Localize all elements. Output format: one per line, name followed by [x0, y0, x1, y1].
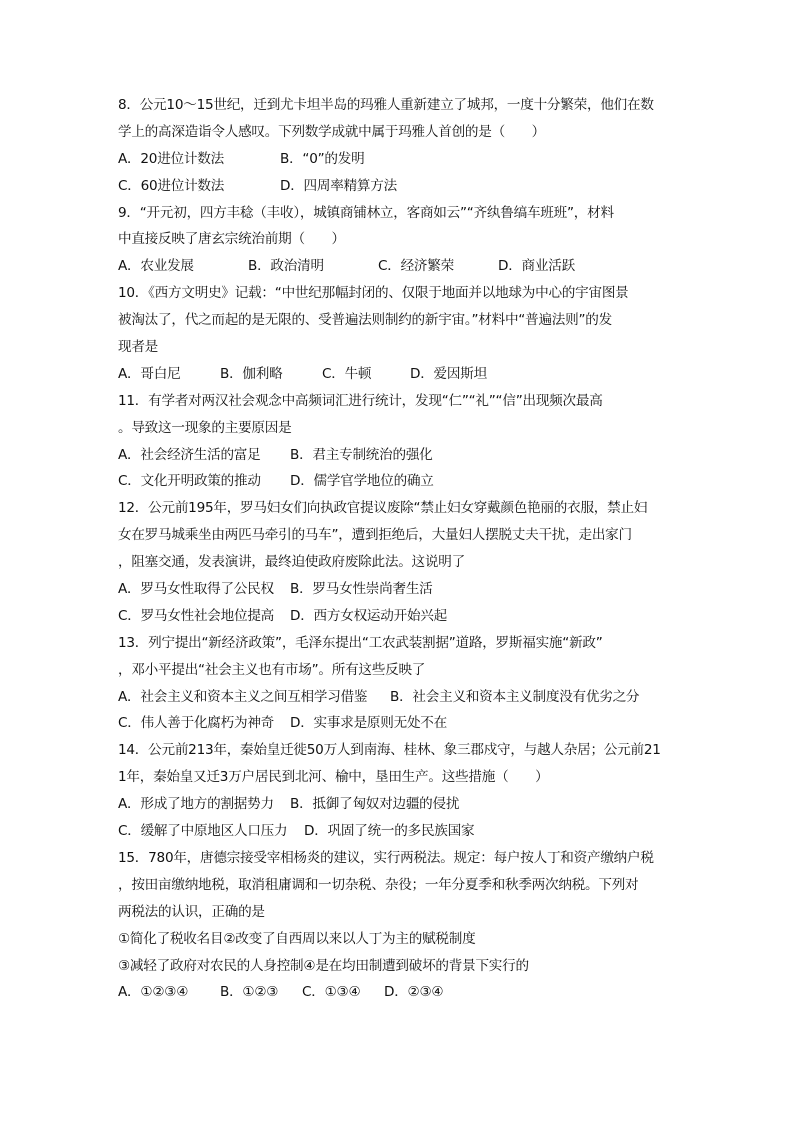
option-b: B．社会主义和资本主义制度没有优劣之分: [390, 684, 639, 711]
question-text-line: 8．公元10～15世纪，迁到尤卡坦半岛的玛雅人重新建立了城邦，一度十分繁荣，他们…: [118, 92, 678, 119]
option-d: D．实事求是原则无处不在: [290, 710, 447, 737]
question-text-line: 中直接反映了唐玄宗统治前期（ ）: [118, 226, 678, 253]
question-list: 8．公元10～15世纪，迁到尤卡坦半岛的玛雅人重新建立了城邦，一度十分繁荣，他们…: [118, 92, 678, 1006]
option-a: A．社会经济生活的富足: [118, 442, 268, 469]
statement-line: ①简化了税收名目②改变了自西周以来以人丁为主的赋税制度: [118, 926, 678, 953]
question-text-line: 13．列宁提出“新经济政策”，毛泽东提出“工农武装割据”道路，罗斯福实施“新政”: [118, 630, 678, 657]
option-row: C．60进位计数法 D．四周率精算方法: [118, 173, 678, 200]
option-a: A．哥白尼: [118, 361, 198, 388]
option-row: A．农业发展 B．政治清明 C．经济繁荣 D．商业活跃: [118, 253, 678, 280]
option-row: A．20进位计数法 B．“0”的发明: [118, 146, 678, 173]
option-row: A．社会经济生活的富足 B．君主专制统治的强化: [118, 442, 678, 469]
option-c: C．伟人善于化腐朽为神奇: [118, 710, 268, 737]
option-c: C．缓解了中原地区人口压力: [118, 818, 282, 845]
question-text-line: 女在罗马城乘坐由两匹马牵引的马车”，遭到拒绝后，大量妇人摆脱丈夫干扰，走出家门: [118, 522, 678, 549]
option-a: A．20进位计数法: [118, 146, 258, 173]
question-13: 13．列宁提出“新经济政策”，毛泽东提出“工农武装割据”道路，罗斯福实施“新政”…: [118, 630, 678, 738]
option-d: D．商业活跃: [498, 253, 575, 280]
question-text-line: 。导致这一现象的主要原因是: [118, 415, 678, 442]
question-11: 11．有学者对两汉社会观念中高频词汇进行统计，发现“仁”“礼”“信”出现频次最高…: [118, 388, 678, 496]
option-b: B．君主专制统治的强化: [290, 442, 433, 469]
question-text-line: ，邓小平提出“社会主义也有市场”。所有这些反映了: [118, 657, 678, 684]
option-c: C．①③④: [302, 979, 362, 1006]
question-text-line: 被淘汰了，代之而起的是无限的、受普遍法则制约的新宇宙。”材料中“普遍法则”的发: [118, 307, 678, 334]
option-d: D．儒学官学地位的确立: [290, 468, 434, 495]
option-d: D．巩固了统一的多民族国家: [304, 818, 474, 845]
document-page: 8．公元10～15世纪，迁到尤卡坦半岛的玛雅人重新建立了城邦，一度十分繁荣，他们…: [0, 0, 794, 1123]
option-a: A．农业发展: [118, 253, 226, 280]
option-b: B．“0”的发明: [280, 146, 364, 173]
question-text-line: 学上的高深造诣令人感叹。下列数学成就中属于玛雅人首创的是（ ）: [118, 119, 678, 146]
option-row: A．①②③④ B．①②③ C．①③④ D．②③④: [118, 979, 678, 1006]
question-12: 12．公元前195年，罗马妇女们向执政官提议废除“禁止妇女穿戴颜色艳丽的衣服，禁…: [118, 495, 678, 629]
option-row: C．文化开明政策的推动 D．儒学官学地位的确立: [118, 468, 678, 495]
option-b: B．①②③: [220, 979, 280, 1006]
option-a: A．形成了地方的割据势力: [118, 791, 268, 818]
option-a: A．社会主义和资本主义之间互相学习借鉴: [118, 684, 368, 711]
statement-line: ③减轻了政府对农民的人身控制④是在均田制遭到破坏的背景下实行的: [118, 953, 678, 980]
option-c: C．文化开明政策的推动: [118, 468, 268, 495]
question-8: 8．公元10～15世纪，迁到尤卡坦半岛的玛雅人重新建立了城邦，一度十分繁荣，他们…: [118, 92, 678, 200]
question-9: 9．“开元初，四方丰稔（丰收），城镇商铺林立，客商如云”“齐纨鲁缟车班班”，材料…: [118, 200, 678, 281]
question-text-line: 14．公元前213年，秦始皇迁徙50万人到南海、桂林、象三郡戍守，与越人杂居；公…: [118, 737, 678, 764]
question-text-line: 12．公元前195年，罗马妇女们向执政官提议废除“禁止妇女穿戴颜色艳丽的衣服，禁…: [118, 495, 678, 522]
option-c: C．牛顿: [322, 361, 388, 388]
option-row: C．伟人善于化腐朽为神奇 D．实事求是原则无处不在: [118, 710, 678, 737]
question-15: 15．780年，唐德宗接受宰相杨炎的建议，实行两税法。规定：每户按人丁和资产缴纳…: [118, 845, 678, 1006]
option-row: C．罗马女性社会地位提高 D．西方女权运动开始兴起: [118, 603, 678, 630]
option-b: B．罗马女性崇尚奢生活: [290, 576, 433, 603]
option-d: D．②③④: [384, 979, 443, 1006]
question-text-line: ，按田亩缴纳地税，取消租庸调和一切杂税、杂役；一年分夏季和秋季两次纳税。下列对: [118, 872, 678, 899]
option-a: A．罗马女性取得了公民权: [118, 576, 268, 603]
option-d: D．四周率精算方法: [280, 173, 397, 200]
option-c: C．罗马女性社会地位提高: [118, 603, 268, 630]
question-text-line: 9．“开元初，四方丰稔（丰收），城镇商铺林立，客商如云”“齐纨鲁缟车班班”，材料: [118, 200, 678, 227]
option-a: A．①②③④: [118, 979, 198, 1006]
question-14: 14．公元前213年，秦始皇迁徙50万人到南海、桂林、象三郡戍守，与越人杂居；公…: [118, 737, 678, 845]
option-row: A．社会主义和资本主义之间互相学习借鉴 B．社会主义和资本主义制度没有优劣之分: [118, 684, 678, 711]
question-text-line: 10．《西方文明史》记载：“中世纪那幅封闭的、仅限于地面并以地球为中心的宇宙图景: [118, 280, 678, 307]
option-b: B．抵御了匈奴对边疆的侵扰: [290, 791, 459, 818]
question-text-line: 两税法的认识，正确的是: [118, 899, 678, 926]
option-d: D．爱因斯坦: [410, 361, 487, 388]
option-c: C．经济繁荣: [378, 253, 476, 280]
option-d: D．西方女权运动开始兴起: [290, 603, 447, 630]
option-b: B．政治清明: [248, 253, 356, 280]
question-text-line: 现者是: [118, 334, 678, 361]
option-row: A．罗马女性取得了公民权 B．罗马女性崇尚奢生活: [118, 576, 678, 603]
option-c: C．60进位计数法: [118, 173, 258, 200]
option-row: A．形成了地方的割据势力 B．抵御了匈奴对边疆的侵扰: [118, 791, 678, 818]
question-10: 10．《西方文明史》记载：“中世纪那幅封闭的、仅限于地面并以地球为中心的宇宙图景…: [118, 280, 678, 388]
option-row: A．哥白尼 B．伽利略 C．牛顿 D．爱因斯坦: [118, 361, 678, 388]
option-b: B．伽利略: [220, 361, 300, 388]
question-text-line: 15．780年，唐德宗接受宰相杨炎的建议，实行两税法。规定：每户按人丁和资产缴纳…: [118, 845, 678, 872]
option-row: C．缓解了中原地区人口压力 D．巩固了统一的多民族国家: [118, 818, 678, 845]
question-text-line: 1年，秦始皇又迁3万户居民到北河、榆中，垦田生产。这些措施（ ）: [118, 764, 678, 791]
question-text-line: ，阻塞交通，发表演讲，最终迫使政府废除此法。这说明了: [118, 549, 678, 576]
question-text-line: 11．有学者对两汉社会观念中高频词汇进行统计，发现“仁”“礼”“信”出现频次最高: [118, 388, 678, 415]
